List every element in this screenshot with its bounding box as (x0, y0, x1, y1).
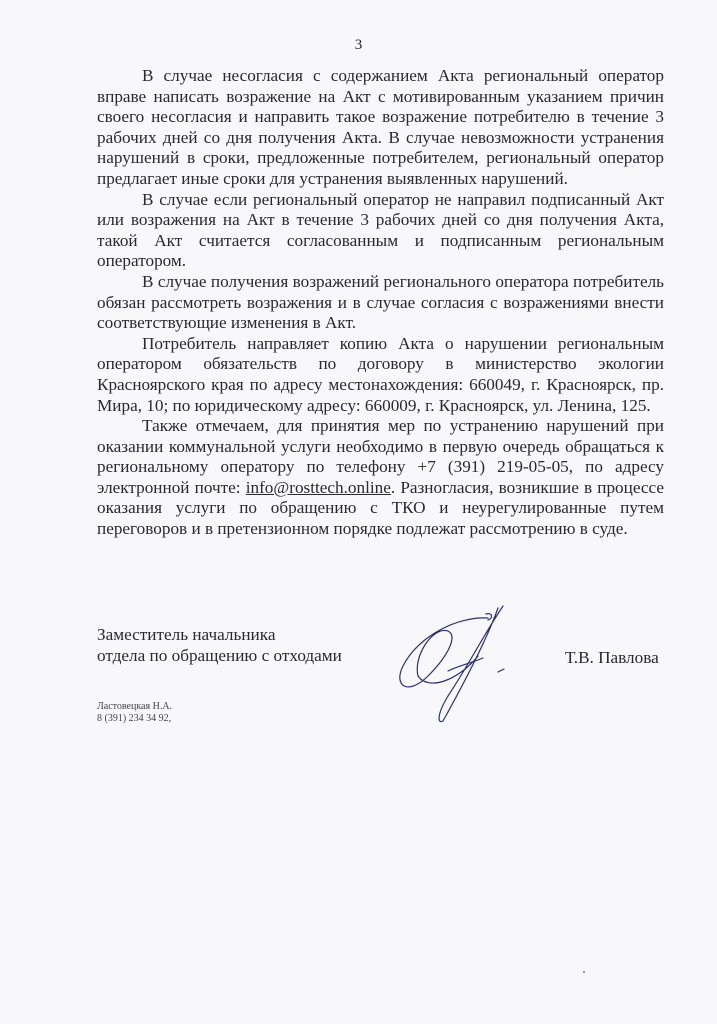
paragraph-consumer-review: В случае получения возражений региональн… (97, 272, 664, 334)
handwritten-signature-icon (388, 596, 538, 726)
executor-info: Ластовецкая Н.А. 8 (391) 234 34 92, (97, 701, 172, 725)
scan-artifact (583, 971, 585, 973)
document-page: 3 В случае несогласия с содержанием Акта… (0, 0, 717, 1024)
paragraph-ministry-address: Потребитель направляет копию Акта о нару… (97, 334, 664, 416)
executor-phone: 8 (391) 234 34 92, (97, 713, 172, 725)
paragraph-objection: В случае несогласия с содержанием Акта р… (97, 66, 664, 190)
position-line-1: Заместитель начальника (97, 624, 667, 645)
email-link[interactable]: info@rosttech.online (246, 478, 391, 497)
page-number: 3 (0, 37, 717, 54)
signer-name: Т.В. Павлова (565, 648, 659, 668)
paragraph-contact-info: Также отмечаем, для принятия мер по устр… (97, 416, 664, 540)
letter-body: В случае несогласия с содержанием Акта р… (97, 66, 664, 540)
executor-name: Ластовецкая Н.А. (97, 701, 172, 713)
paragraph-deemed-agreed: В случае если региональный оператор не н… (97, 190, 664, 272)
